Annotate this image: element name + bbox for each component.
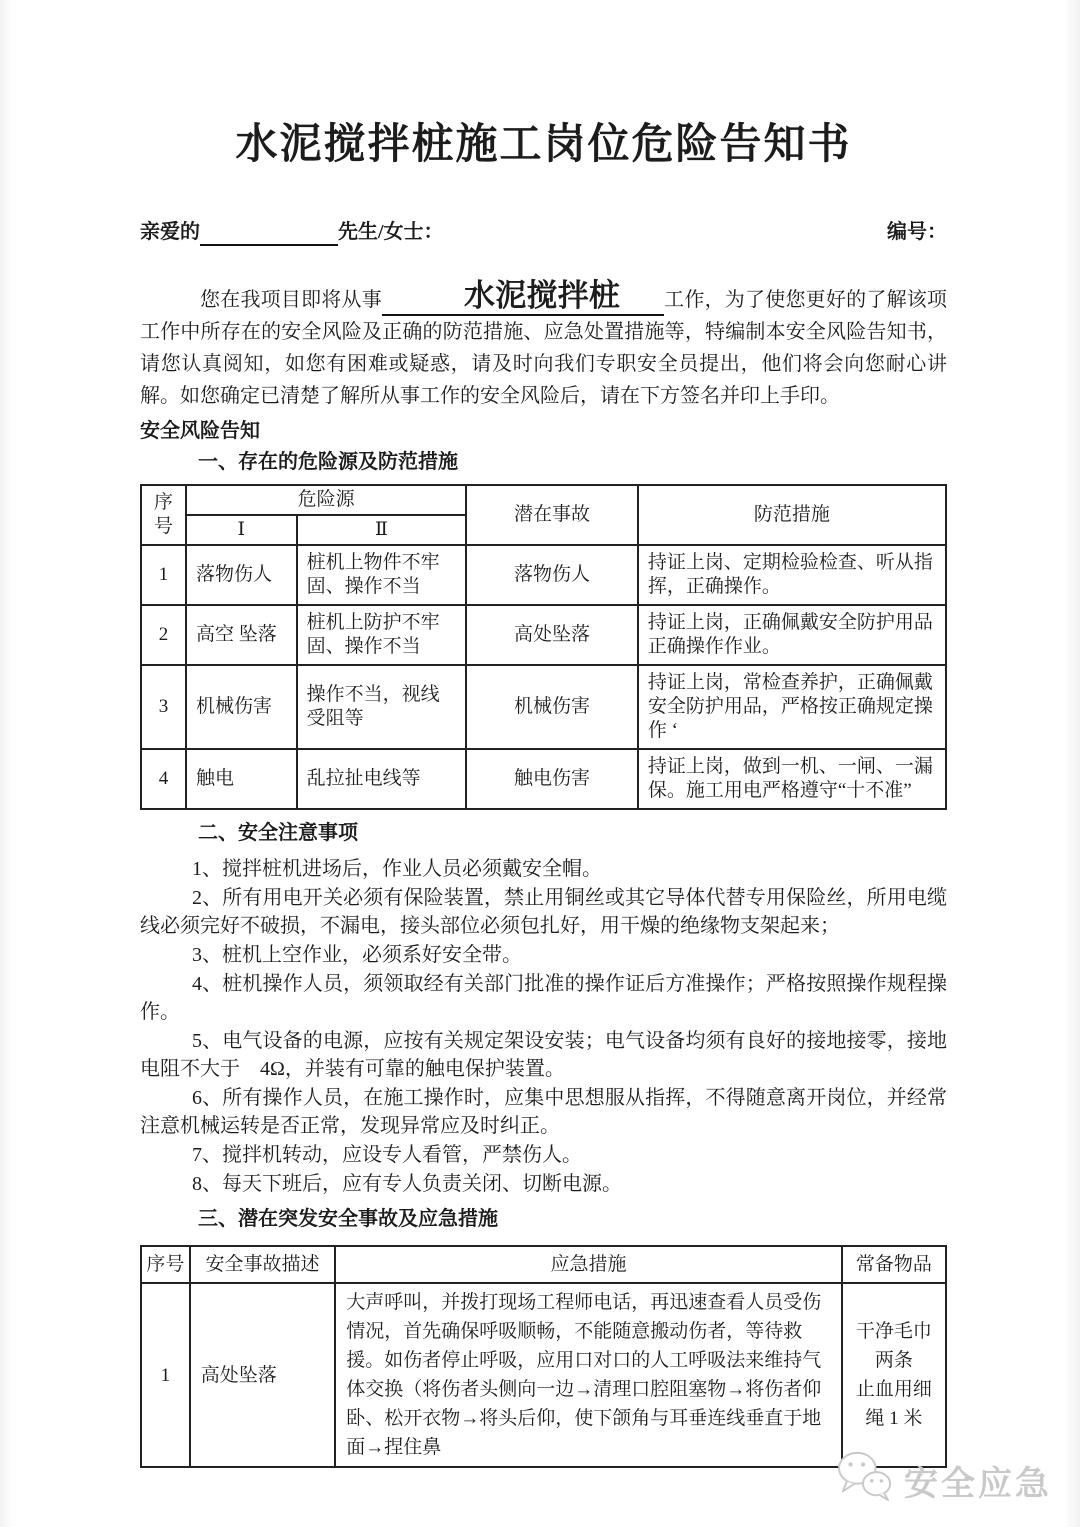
safety-note-item-6: 6、所有操作人员，在施工操作时，应集中思想服从指挥，不得随意离开岗位，并经常注意… <box>140 1084 947 1140</box>
safety-note-item-7: 7、搅拌机转动，应设专人看管，严禁伤人。 <box>140 1141 947 1169</box>
salutation-row: 亲爱的先生/女士： 编号： <box>140 218 947 246</box>
prevention-cell: 持证上岗、定期检验检查、听从指挥，正确操作。 <box>638 545 946 605</box>
prevention-cell: 持证上岗，做到一机、一闸、一漏保。施工用电严格遵守“十不准” <box>638 749 946 809</box>
document-content: 水泥搅拌桩施工岗位危险告知书 亲爱的先生/女士： 编号： 您在我项目即将从事水泥… <box>0 0 1080 1468</box>
th-accident-desc: 安全事故描述 <box>190 1246 336 1283</box>
safety-note-item-3: 3、桩机上空作业，必须系好安全带。 <box>140 941 947 969</box>
th-seq2: 序号 <box>141 1246 190 1283</box>
watermark: 安全应急 <box>836 1450 1052 1511</box>
hazard-row-1: 1 落物伤人 桩机上物件不牢固、操作不当 落物伤人 持证上岗、定期检验检查、听从… <box>141 545 946 605</box>
emergency-row-1: 1 高处坠落 大声呼叫，并拨打现场工程师电话，再迅速查看人员受伤情况，首先确保呼… <box>141 1283 946 1467</box>
hazard-ii-cell: 操作不当，视线受阻等 <box>297 665 467 749</box>
safety-note-item-5: 5、电气设备的电源，应按有关规定架设安装；电气设备均须有良好的接地接零，接地电阻… <box>140 1027 947 1083</box>
safety-note-item-1: 1、搅拌桩机进场后，作业人员必须戴安全帽。 <box>140 855 947 883</box>
th-supplies: 常备物品 <box>842 1246 946 1283</box>
potential-cell: 落物伤人 <box>466 545 638 605</box>
safety-note-item-2: 2、所有用电开关必须有保险装置，禁止用铜丝或其它导体代替专用保险丝，所用电缆线必… <box>140 884 947 940</box>
job-name-underlined: 水泥搅拌桩 <box>382 278 664 316</box>
potential-cell: 高处坠落 <box>466 605 638 665</box>
seq-cell: 1 <box>141 1283 190 1467</box>
wechat-icon <box>836 1450 894 1511</box>
salutation-suffix: 先生/女士： <box>338 218 444 246</box>
watermark-text: 安全应急 <box>904 1456 1052 1505</box>
th-potential-accident: 潜在事故 <box>466 485 638 545</box>
salutation-prefix: 亲爱的 <box>140 218 200 246</box>
hazard-ii-cell: 桩机上防护不牢固、操作不当 <box>297 605 467 665</box>
th-roman-1: Ⅰ <box>186 515 297 545</box>
th-roman-2: Ⅱ <box>297 515 467 545</box>
notice-heading: 安全风险告知 <box>140 418 947 445</box>
name-blank-line <box>200 222 338 246</box>
prevention-cell: 持证上岗，常检查养护，正确佩戴安全防护用品，严格按正确规定操作 ‘ <box>638 665 946 749</box>
safety-note-item-4: 4、桩机操作人员，须领取经有关部门批准的操作证后方准操作；严格按照操作规程操作。 <box>140 970 947 1026</box>
accident-cell: 高处坠落 <box>190 1283 336 1467</box>
section3-heading: 三、潜在突发安全事故及应急措施 <box>140 1206 947 1233</box>
seq-cell: 3 <box>141 665 186 749</box>
hazard-table: 序 号 危险源 潜在事故 防范措施 Ⅰ Ⅱ 1 落物伤人 桩机上物件不牢固、操作… <box>140 484 947 810</box>
safety-notes-list: 1、搅拌桩机进场后，作业人员必须戴安全帽。 2、所有用电开关必须有保险装置，禁止… <box>140 855 947 1198</box>
th-seq: 序 号 <box>141 485 186 545</box>
hazard-i-cell: 机械伤害 <box>186 665 297 749</box>
potential-cell: 机械伤害 <box>466 665 638 749</box>
potential-cell: 触电伤害 <box>466 749 638 809</box>
seq-cell: 2 <box>141 605 186 665</box>
emergency-table: 序号 安全事故描述 应急措施 常备物品 1 高处坠落 大声呼叫，并拨打现场工程师… <box>140 1245 947 1468</box>
supplies-cell: 干净毛巾 两条 止血用细 绳 1 米 <box>842 1283 946 1467</box>
hazard-i-cell: 高空 坠落 <box>186 605 297 665</box>
safety-note-item-8: 8、每天下班后，应有专人负责关闭、切断电源。 <box>140 1170 947 1198</box>
measures-cell: 大声呼叫，并拨打现场工程师电话，再迅速查看人员受伤情况，首先确保呼吸顺畅，不能随… <box>335 1283 842 1467</box>
th-prevention: 防范措施 <box>638 485 946 545</box>
hazard-ii-cell: 乱拉扯电线等 <box>297 749 467 809</box>
emergency-table-header-row: 序号 安全事故描述 应急措施 常备物品 <box>141 1246 946 1283</box>
hazard-i-cell: 触电 <box>186 749 297 809</box>
prevention-cell: 持证上岗，正确佩戴安全防护用品正确操作作业。 <box>638 605 946 665</box>
intro-lead: 您在我项目即将从事 <box>200 289 382 311</box>
hazard-row-3: 3 机械伤害 操作不当，视线受阻等 机械伤害 持证上岗，常检查养护，正确佩戴安全… <box>141 665 946 749</box>
doc-number-label: 编号： <box>887 218 947 246</box>
seq-cell: 1 <box>141 545 186 605</box>
section1-heading: 一、存在的危险源及防范措施 <box>140 449 947 476</box>
hazard-row-4: 4 触电 乱拉扯电线等 触电伤害 持证上岗，做到一机、一闸、一漏保。施工用电严格… <box>141 749 946 809</box>
hazard-row-2: 2 高空 坠落 桩机上防护不牢固、操作不当 高处坠落 持证上岗，正确佩戴安全防护… <box>141 605 946 665</box>
section2-heading: 二、安全注意事项 <box>140 820 947 847</box>
th-hazard-source: 危险源 <box>186 485 466 515</box>
seq-cell: 4 <box>141 749 186 809</box>
intro-after-job: 工作，为了使您更好的了解该 <box>664 289 927 311</box>
document-page: 水泥搅拌桩施工岗位危险告知书 亲爱的先生/女士： 编号： 您在我项目即将从事水泥… <box>0 0 1080 1527</box>
hazard-ii-cell: 桩机上物件不牢固、操作不当 <box>297 545 467 605</box>
intro-paragraph: 您在我项目即将从事水泥搅拌桩工作，为了使您更好的了解该项工作中所存在的安全风险及… <box>140 276 947 412</box>
th-measures: 应急措施 <box>335 1246 842 1283</box>
page-title: 水泥搅拌桩施工岗位危险告知书 <box>140 0 947 172</box>
hazard-table-header-row-1: 序 号 危险源 潜在事故 防范措施 <box>141 485 946 515</box>
hazard-i-cell: 落物伤人 <box>186 545 297 605</box>
